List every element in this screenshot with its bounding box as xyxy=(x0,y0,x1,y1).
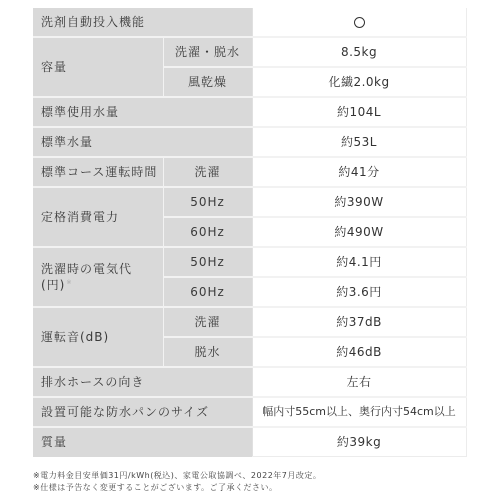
table-row: 質量 約39kg xyxy=(33,427,466,457)
sub-label: 60Hz xyxy=(163,217,252,247)
row-value: 約41分 xyxy=(252,157,466,187)
row-label: 洗剤自動投入機能 xyxy=(33,8,252,37)
row-value-detergent-auto xyxy=(252,8,466,37)
row-value: 約46dB xyxy=(252,337,466,367)
row-value: 約3.6円 xyxy=(252,277,466,307)
table-row: 標準使用水量 約104L xyxy=(33,97,466,127)
footnote-mark: ※ xyxy=(66,279,72,286)
row-label-text: 洗濯時の電気代(円) xyxy=(41,262,132,292)
row-label: 運転音(dB) xyxy=(33,307,163,367)
row-label: 標準水量 xyxy=(33,127,252,157)
table-row: 洗濯時の電気代(円)※ 50Hz 約4.1円 xyxy=(33,247,466,277)
row-value: 約53L xyxy=(252,127,466,157)
sub-label: 風乾燥 xyxy=(163,67,252,97)
footnotes: ※電力料金目安単価31円/kWh(税込)、家電公取協調べ、2022年7月改定。 … xyxy=(33,470,321,494)
table-row: 運転音(dB) 洗濯 約37dB xyxy=(33,307,466,337)
row-value: 約37dB xyxy=(252,307,466,337)
sub-label: 50Hz xyxy=(163,187,252,217)
table-row: 定格消費電力 50Hz 約390W xyxy=(33,187,466,217)
row-label: 定格消費電力 xyxy=(33,187,163,247)
table-row: 標準水量 約53L xyxy=(33,127,466,157)
row-value: 約490W xyxy=(252,217,466,247)
footnote: ※電力料金目安単価31円/kWh(税込)、家電公取協調べ、2022年7月改定。 xyxy=(33,470,321,482)
table-row: 洗剤自動投入機能 xyxy=(33,8,466,37)
row-label: 容量 xyxy=(33,37,163,97)
row-label: 標準使用水量 xyxy=(33,97,252,127)
row-value: 幅内寸55cm以上、奥行内寸54cm以上 xyxy=(252,397,466,427)
sub-label: 60Hz xyxy=(163,277,252,307)
row-value: 8.5kg xyxy=(252,37,466,67)
sub-label: 50Hz xyxy=(163,247,252,277)
sub-label: 脱水 xyxy=(163,337,252,367)
table-row: 排水ホースの向き 左右 xyxy=(33,367,466,397)
circle-icon xyxy=(354,17,365,28)
table-row: 設置可能な防水パンのサイズ 幅内寸55cm以上、奥行内寸54cm以上 xyxy=(33,397,466,427)
row-value: 約104L xyxy=(252,97,466,127)
row-value: 化繊2.0kg xyxy=(252,67,466,97)
row-label: 質量 xyxy=(33,427,252,457)
row-value: 約39kg xyxy=(252,427,466,457)
row-label-electricity-cost: 洗濯時の電気代(円)※ xyxy=(33,247,163,307)
table-row: 容量 洗濯・脱水 8.5kg xyxy=(33,37,466,67)
sub-label: 洗濯 xyxy=(163,307,252,337)
row-label: 標準コース運転時間 xyxy=(33,157,163,187)
sub-label: 洗濯 xyxy=(163,157,252,187)
row-value: 左右 xyxy=(252,367,466,397)
row-value: 約390W xyxy=(252,187,466,217)
sub-label: 洗濯・脱水 xyxy=(163,37,252,67)
row-value: 約4.1円 xyxy=(252,247,466,277)
row-label: 排水ホースの向き xyxy=(33,367,252,397)
table-row: 標準コース運転時間 洗濯 約41分 xyxy=(33,157,466,187)
footnote: ※仕様は予告なく変更することがございます。ご了承ください。 xyxy=(33,482,321,494)
spec-table: 洗剤自動投入機能 容量 洗濯・脱水 8.5kg 風乾燥 化繊2.0kg 標準使用… xyxy=(33,8,467,457)
row-label: 設置可能な防水パンのサイズ xyxy=(33,397,252,427)
